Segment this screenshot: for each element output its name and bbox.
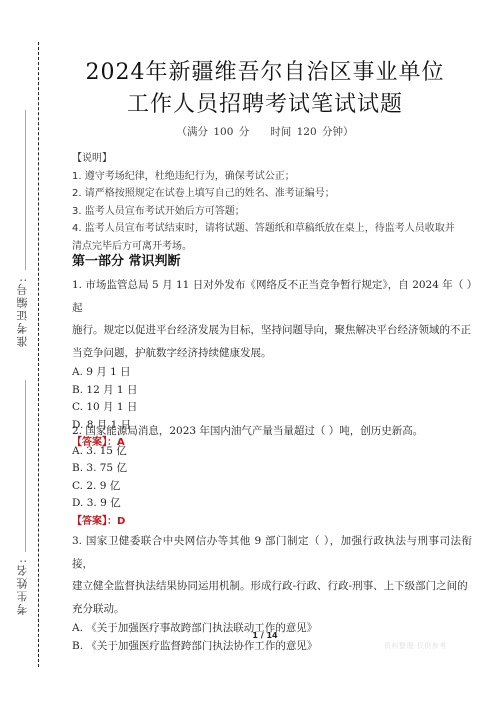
dashed-cut-line <box>38 42 39 667</box>
question-stem: 3. 国家卫健委联合中央网信办等其他 9 部门制定（ ），加强行政执法与刑事司法… <box>72 530 472 575</box>
question-stem: 充分联动。 <box>72 598 472 621</box>
option-a: A. 9 月 1 日 <box>72 364 472 382</box>
exam-id-label: 准考证编号: <box>8 272 38 352</box>
answer-key: 【答案】：D <box>72 513 472 531</box>
question-stem: 1. 市场监管总局 5 月 11 日对外发布《网络反不正当竞争暂行规定》，自 2… <box>72 274 472 319</box>
instructions: 【说明】 1. 遵守考场纪律，杜绝违纪行为，确保考试公正； 2. 请严格按照规定… <box>72 150 472 255</box>
question-stem: 当竞争问题，护航数字经济持续健康发展。 <box>72 342 472 365</box>
option-a: A. 3. 15 亿 <box>72 443 472 461</box>
question-stem: 建立健全监督执法结果协同运用机制。形成行政-行政、行政-刑事、上下级部门之间的 <box>72 575 472 598</box>
instruction-item: 1. 遵守考场纪律，杜绝违纪行为，确保考试公正； <box>72 168 472 186</box>
instruction-item: 3. 监考人员宣布考试开始后方可答题； <box>72 203 472 221</box>
section-heading: 第一部分 常识判断 <box>72 250 181 269</box>
option-c: C. 10 月 1 日 <box>72 399 472 417</box>
question-2: 2. 国家能源局消息，2023 年国内油气产量当量超过（ ）吨，创历史新高。 A… <box>72 420 472 530</box>
page-title-line1: 2024年新疆维吾尔自治区事业单位 <box>72 58 458 88</box>
option-d: D. 3. 9 亿 <box>72 495 472 513</box>
question-stem: 施行。规定以促进平台经济发展为目标，坚持问题导向，聚焦解决平台经济领域的不正 <box>72 319 472 342</box>
instruction-item: 4. 监考人员宣布考试结束时，请将试题、答题纸和草稿纸放在桌上，待监考人员收取并 <box>72 220 472 238</box>
option-b: B. 3. 75 亿 <box>72 460 472 478</box>
option-b: B. 12 月 1 日 <box>72 382 472 400</box>
question-stem: 2. 国家能源局消息，2023 年国内油气产量当量超过（ ）吨，创历史新高。 <box>72 420 472 443</box>
instructions-heading: 【说明】 <box>72 150 472 168</box>
name-fill-line <box>25 380 26 552</box>
exam-id-fill-line <box>25 110 26 270</box>
exam-score-time: （满分 100 分 时间 120 分钟） <box>72 124 458 139</box>
page-number: 1 / 14 <box>0 631 500 640</box>
binding-margin: 准考证编号: 考生姓名: <box>0 0 60 707</box>
name-label: 考生姓名: <box>8 552 38 620</box>
option-c: C. 2. 9 亿 <box>72 478 472 496</box>
page-title-line2: 工作人员招聘考试笔试试题 <box>72 90 458 120</box>
watermark: 资料整理 仅供参考 <box>384 641 447 651</box>
instruction-item: 2. 请严格按照规定在试卷上填写自己的姓名、准考证编号； <box>72 185 472 203</box>
